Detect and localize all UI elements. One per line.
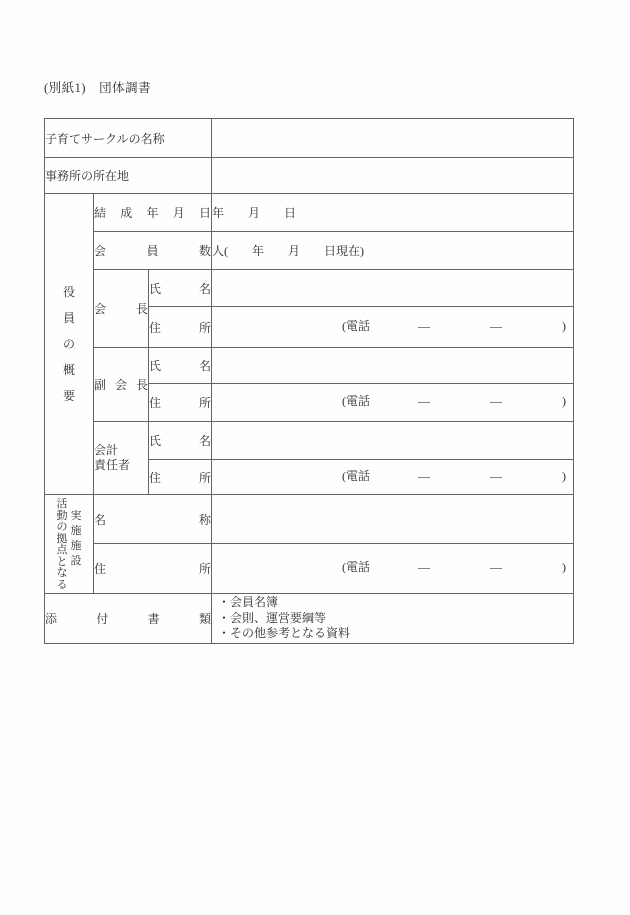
treasurer-name-label: 氏 名 — [149, 422, 212, 460]
treasurer-phone-line: (電話 — — ) — [212, 467, 573, 488]
vice-chairman-address-label: 住 所 — [149, 384, 212, 422]
vice-chairman-phone-line: (電話 — — ) — [212, 392, 573, 413]
treasurer-address-field: (電話 — — ) — [212, 460, 574, 495]
officers-section-label: 役 員 の 概 要 — [45, 194, 94, 495]
attachment-item: ・その他参考となる資料 — [218, 626, 573, 642]
facility-section-label-sub: 実 施 施 設 — [71, 499, 82, 569]
office-address-label: 事務所の所在地 — [45, 158, 212, 194]
treasurer-label: 会計 責任者 — [94, 422, 149, 495]
circle-name-field — [212, 119, 574, 158]
facility-name-field — [212, 495, 574, 544]
facility-phone-line: (電話 — — ) — [212, 558, 573, 579]
formation-date-field: 年 月 日 — [212, 194, 574, 232]
vice-chairman-address-field: (電話 — — ) — [212, 384, 574, 422]
chairman-label: 会 長 — [94, 270, 149, 348]
organization-survey-form: 子育てサークルの名称 事務所の所在地 役 員 の 概 要 結 成 年 月 日 年… — [44, 118, 574, 644]
attachments-label: 添 付 書 類 — [45, 594, 212, 644]
chairman-address-field: (電話 — — ) — [212, 307, 574, 348]
vice-chairman-name-field — [212, 348, 574, 384]
member-count-label: 会 員 数 — [94, 232, 212, 270]
attachment-item: ・会員名簿 — [218, 595, 573, 611]
treasurer-name-field — [212, 422, 574, 460]
member-count-field: 人( 年 月 日現在) — [212, 232, 574, 270]
vice-chairman-name-label: 氏 名 — [149, 348, 212, 384]
vice-chairman-label: 副会長 — [94, 348, 149, 422]
document-page: (別紙1) 団体調書 子育てサークルの名称 事務所の所在地 役 員 の 概 要 … — [0, 0, 630, 915]
formation-date-label: 結 成 年 月 日 — [94, 194, 212, 232]
treasurer-address-label: 住 所 — [149, 460, 212, 495]
document-title: (別紙1) 団体調書 — [44, 78, 151, 96]
attachments-field: ・会員名簿 ・会則、運営要綱等 ・その他参考となる資料 — [212, 594, 574, 644]
facility-address-field: (電話 — — ) — [212, 544, 574, 594]
chairman-phone-line: (電話 — — ) — [212, 317, 573, 338]
chairman-name-field — [212, 270, 574, 307]
facility-section-label-main: 活 動 の 拠 点 と な る — [57, 499, 68, 591]
facility-name-label: 名 称 — [94, 495, 212, 544]
chairman-name-label: 氏 名 — [149, 270, 212, 307]
facility-address-label: 住 所 — [94, 544, 212, 594]
circle-name-label: 子育てサークルの名称 — [45, 119, 212, 158]
attachment-item: ・会則、運営要綱等 — [218, 611, 573, 627]
office-address-field — [212, 158, 574, 194]
facility-section-label: 活 動 の 拠 点 と な る 実 施 施 設 — [45, 495, 94, 594]
chairman-address-label: 住 所 — [149, 307, 212, 348]
